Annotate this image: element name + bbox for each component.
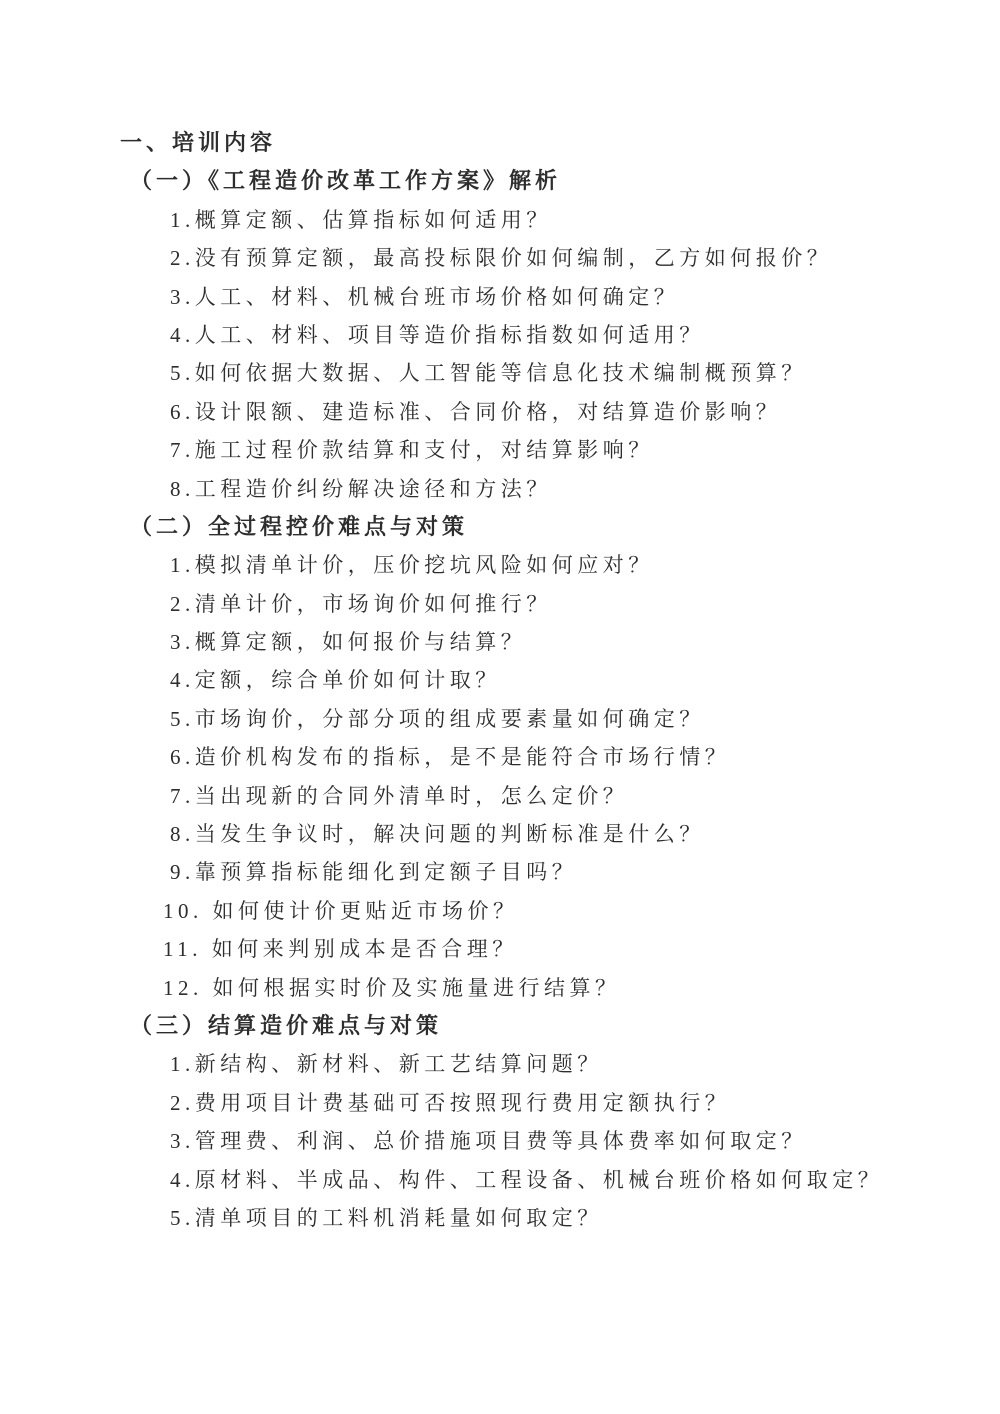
list-item: 3.人工、材料、机械台班市场价格如何确定？: [170, 278, 1000, 316]
list-item: 7.施工过程价款结算和支付，对结算影响？: [170, 431, 1000, 469]
list-item: 5.如何依据大数据、人工智能等信息化技术编制概预算？: [170, 354, 1000, 392]
document-title: 一、培训内容: [120, 124, 1000, 162]
list-item: 1.新结构、新材料、新工艺结算问题？: [170, 1045, 1000, 1083]
list-item: 1.模拟清单计价，压价挖坑风险如何应对？: [170, 546, 1000, 584]
section-heading-2: （二）全过程控价难点与对策: [130, 508, 1000, 546]
list-item: 2.费用项目计费基础可否按照现行费用定额执行？: [170, 1084, 1000, 1122]
list-item: 8.当发生争议时，解决问题的判断标准是什么？: [170, 815, 1000, 853]
list-item: 3.管理费、利润、总价措施项目费等具体费率如何取定？: [170, 1122, 1000, 1160]
list-item: 9.靠预算指标能细化到定额子目吗？: [170, 853, 1000, 891]
document-page: 一、培训内容 （一）《工程造价改革工作方案》解析 1.概算定额、估算指标如何适用…: [0, 0, 1000, 1414]
list-item: 4.原材料、半成品、构件、工程设备、机械台班价格如何取定？: [170, 1161, 1000, 1199]
section-heading-1: （一）《工程造价改革工作方案》解析: [130, 162, 1000, 200]
section-heading-3: （三）结算造价难点与对策: [130, 1007, 1000, 1045]
list-item: 10. 如何使计价更贴近市场价？: [163, 892, 1000, 930]
list-item: 7.当出现新的合同外清单时，怎么定价？: [170, 777, 1000, 815]
list-item: 6.造价机构发布的指标，是不是能符合市场行情？: [170, 738, 1000, 776]
list-item: 2.清单计价，市场询价如何推行？: [170, 585, 1000, 623]
list-item: 3.概算定额，如何报价与结算？: [170, 623, 1000, 661]
list-item: 5.市场询价，分部分项的组成要素量如何确定？: [170, 700, 1000, 738]
list-item: 2.没有预算定额，最高投标限价如何编制，乙方如何报价？: [170, 239, 1000, 277]
list-item: 5.清单项目的工料机消耗量如何取定？: [170, 1199, 1000, 1237]
list-item: 6.设计限额、建造标准、合同价格，对结算造价影响？: [170, 393, 1000, 431]
list-item: 12. 如何根据实时价及实施量进行结算？: [163, 969, 1000, 1007]
list-item: 1.概算定额、估算指标如何适用？: [170, 201, 1000, 239]
list-item: 8.工程造价纠纷解决途径和方法？: [170, 470, 1000, 508]
list-item: 4.定额，综合单价如何计取？: [170, 661, 1000, 699]
document-content: 一、培训内容 （一）《工程造价改革工作方案》解析 1.概算定额、估算指标如何适用…: [0, 0, 1000, 1237]
list-item: 4.人工、材料、项目等造价指标指数如何适用？: [170, 316, 1000, 354]
list-item: 11. 如何来判别成本是否合理？: [163, 930, 1000, 968]
